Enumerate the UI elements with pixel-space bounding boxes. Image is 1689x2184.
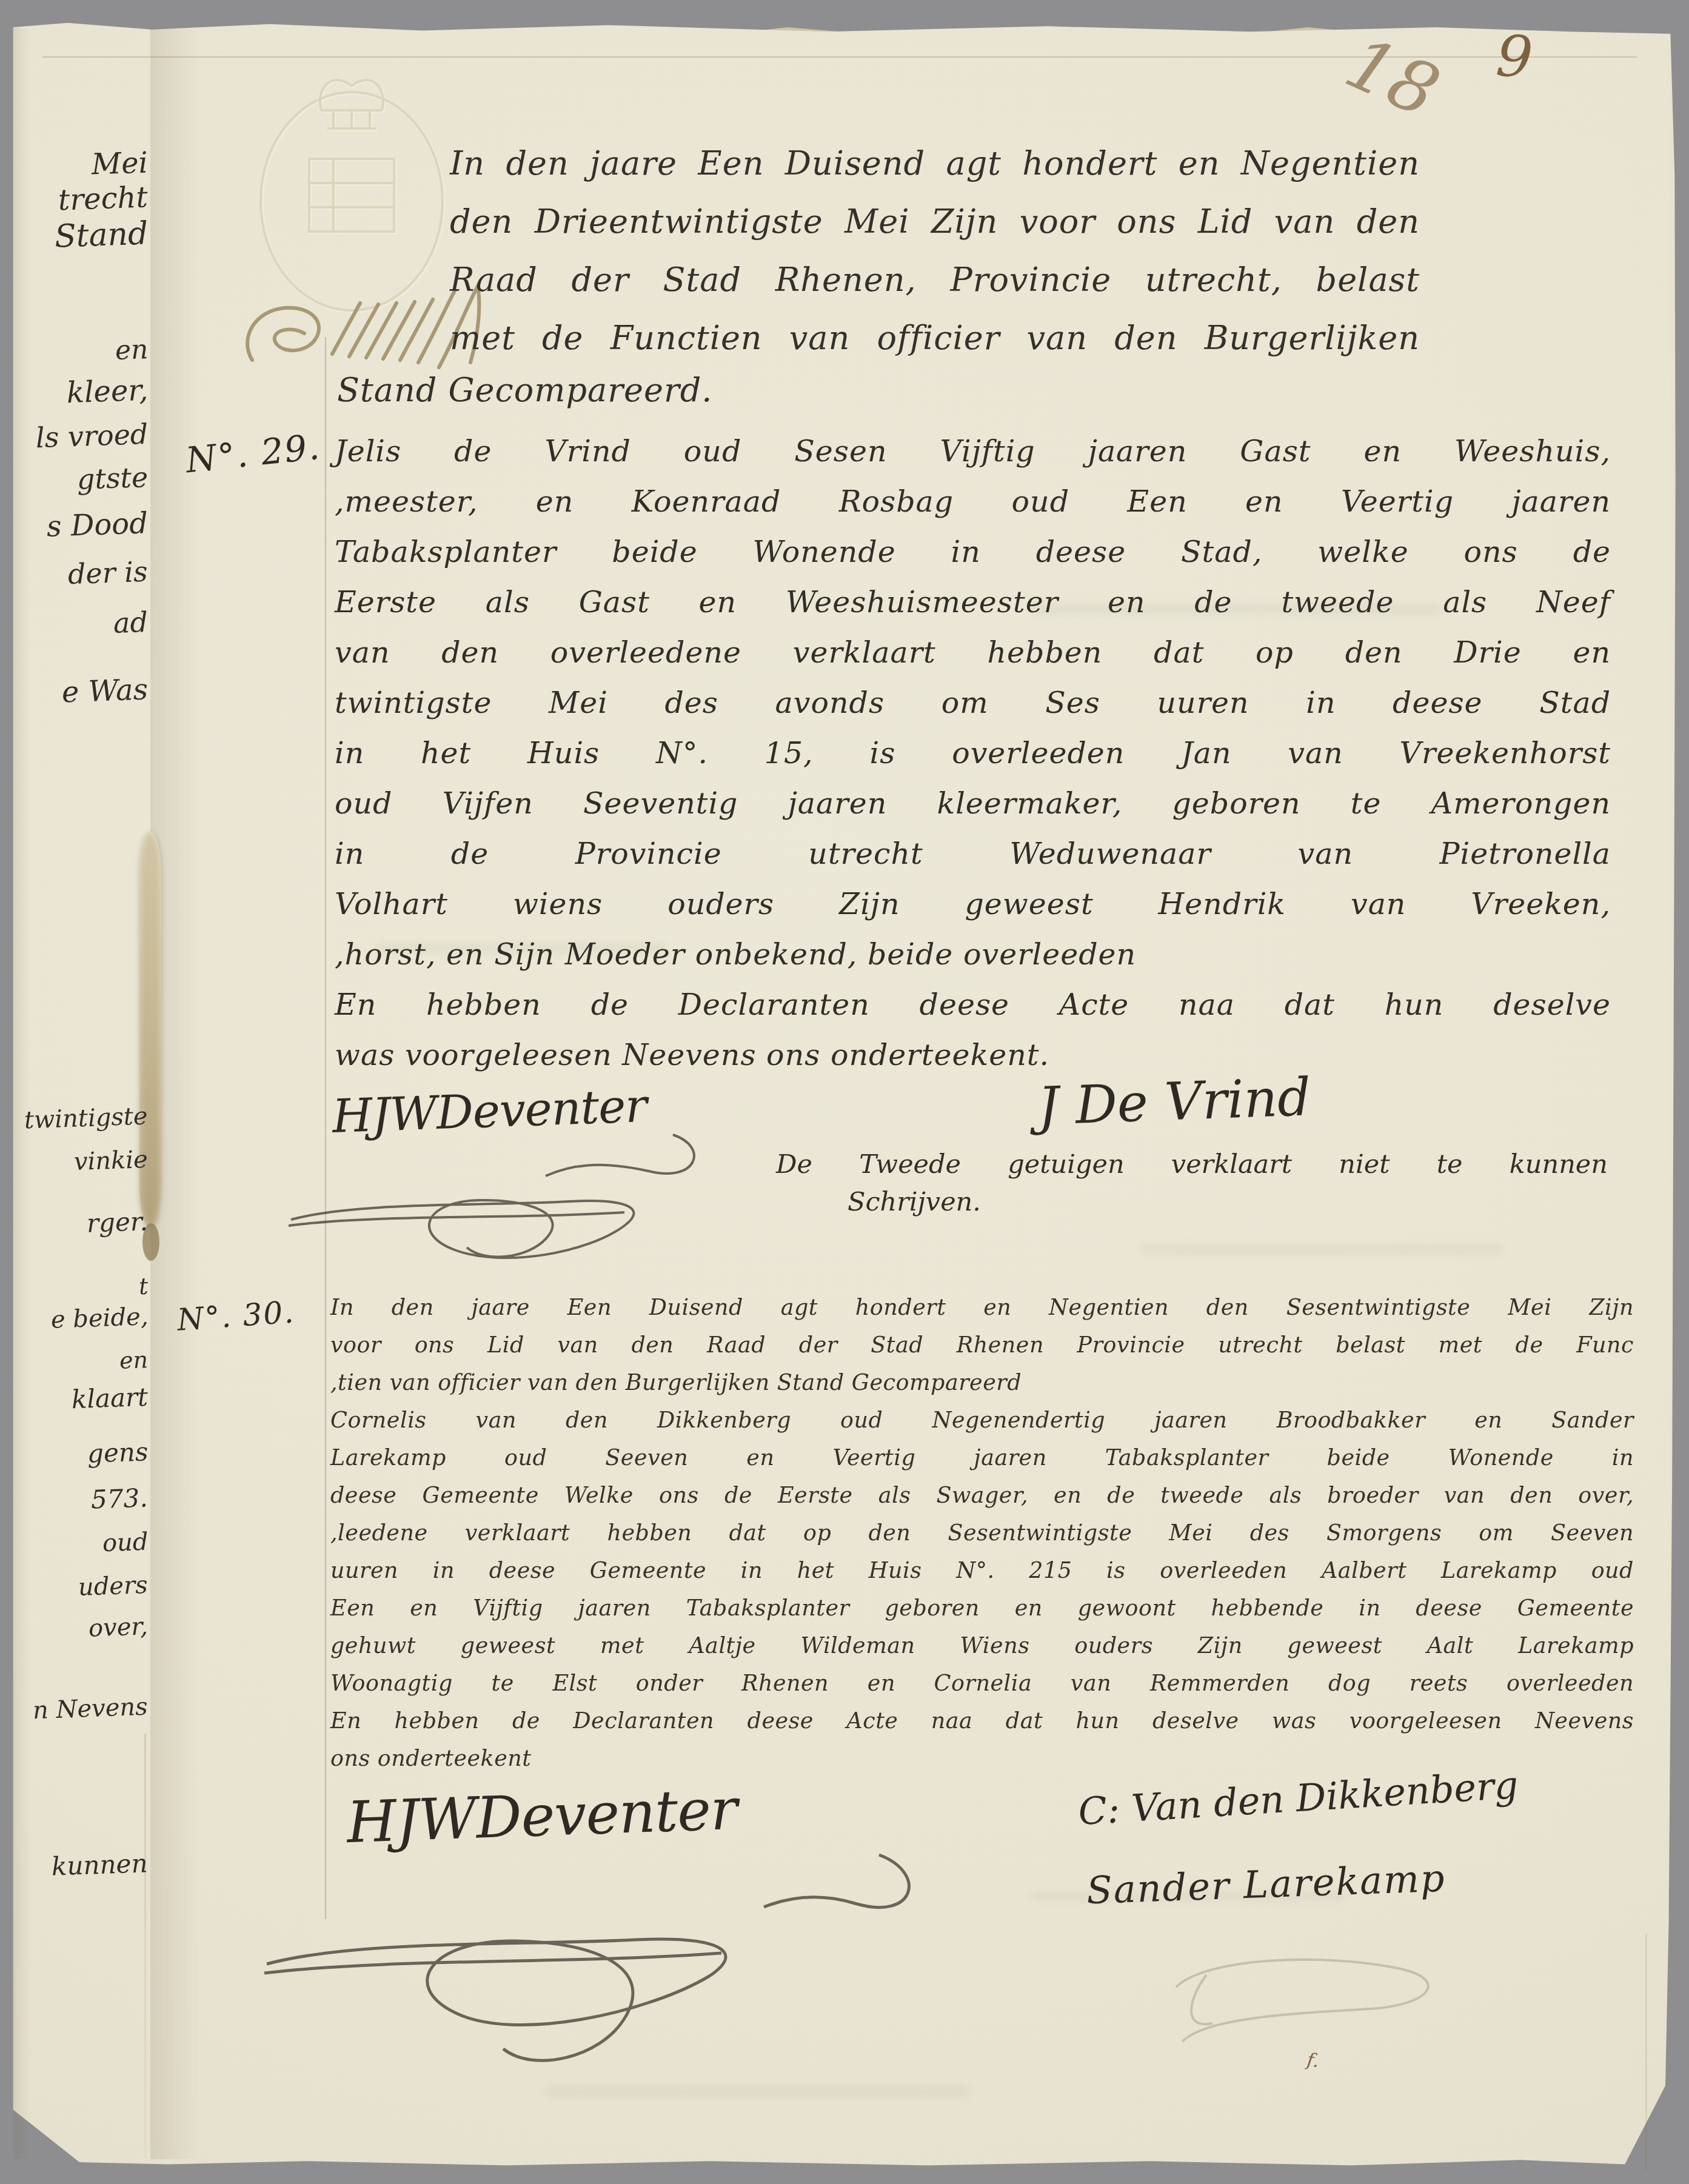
ghost-streak <box>1140 1244 1503 1255</box>
left-page-fragment: gens <box>87 1437 149 1468</box>
pencil-doodle <box>1170 1951 1455 2060</box>
act29-line: van den overleedene verklaart hebben dat… <box>335 627 1611 678</box>
left-page-fragment: kunnen <box>52 1848 149 1882</box>
preamble: In den jaare Een Duisend agt hondert en … <box>450 135 1420 367</box>
act30-line: deese Gemeente Welke ons de Eerste als S… <box>330 1477 1634 1514</box>
act30-line: uuren in deese Gemeente in het Huis N°. … <box>330 1552 1634 1589</box>
act29-line: Eerste als Gast en Weeshuismeester en de… <box>335 577 1611 627</box>
left-page-fragment: ls vroed <box>35 418 149 454</box>
crown-watermark-icon <box>242 38 461 292</box>
margin-rule <box>325 337 326 1919</box>
act29-line: in de Provincie utrecht Weduwenaar van P… <box>335 829 1611 879</box>
signature-flourish-act29 <box>285 1129 721 1274</box>
act29-line: oud Vijfen Seeventig jaaren kleermaker, … <box>335 778 1611 829</box>
left-page-fragment: trecht <box>58 180 149 217</box>
left-page-fragment: Mei <box>91 145 149 181</box>
left-page-fragment: en <box>119 1346 148 1374</box>
left-page-fragment: s Dood <box>46 506 149 544</box>
act30-line: Cornelis van den Dikkenberg oud Negenend… <box>330 1401 1634 1439</box>
left-page-fragment: ad <box>113 606 149 640</box>
left-page-fragment: n Nevens <box>33 1693 149 1725</box>
left-page-fragment: rger. <box>87 1206 149 1238</box>
left-page-fragment: e Was <box>61 673 149 710</box>
witness-note-line1: De Tweede getuigen verklaart niet te kun… <box>776 1149 1608 1180</box>
act29-line: En hebben de Declaranten deese Acte naa … <box>335 980 1611 1030</box>
act30-line: gehuwt geweest met Aaltje Wildeman Wiens… <box>330 1627 1634 1665</box>
act30-body: In den jaare Een Duisend agt hondert en … <box>330 1289 1634 1777</box>
signature-deventer-act30: HJWDeventer <box>346 1777 738 1856</box>
preamble-line: den Drieentwintigste Mei Zijn voor ons L… <box>450 193 1420 251</box>
preamble-line: In den jaare Een Duisend agt hondert en … <box>450 135 1420 193</box>
act29-line: Tabaksplanter beide Wonende in deese Sta… <box>335 527 1611 577</box>
left-page-fragment: Stand <box>54 215 149 255</box>
preamble-line: Raad der Stad Rhenen, Provincie utrecht,… <box>450 251 1420 309</box>
act30-line: ,leedene verklaart hebben dat op den Ses… <box>330 1514 1634 1552</box>
preamble-line: Stand Gecompareerd. <box>337 371 713 409</box>
fold-crease <box>1645 1934 1647 2170</box>
left-page-fragment: en <box>115 334 149 366</box>
left-page-fragment: over, <box>88 1612 148 1642</box>
left-page-fragment: twintigste <box>24 1102 149 1134</box>
act29-line: in het Huis N°. 15, is overleeden Jan va… <box>335 728 1611 778</box>
act29-line: twintigste Mei des avonds om Ses uuren i… <box>335 678 1611 728</box>
left-page-fragment: oud <box>102 1528 149 1558</box>
act29-line: Volhart wiens ouders Zijn geweest Hendri… <box>335 879 1611 929</box>
left-page-fragment: e beide, <box>50 1303 149 1334</box>
act30-line: ,tien van officier van den Burgerlijken … <box>330 1364 1634 1401</box>
left-page-fragment: kleer, <box>66 373 149 410</box>
left-page-fragments: Mei trecht Stand en kleer, ls vroed gtst… <box>13 0 150 2184</box>
left-page-fragment: der is <box>67 555 148 591</box>
witness-note-line2: Schrijven. <box>848 1187 981 1217</box>
left-page-fragment: 573. <box>91 1483 149 1514</box>
act30-line: Larekamp oud Seeven en Veertig jaaren Ta… <box>330 1439 1634 1477</box>
left-page-fragment: gtste <box>76 461 149 496</box>
signature-flourish-act30 <box>261 1849 964 2103</box>
act30-line: Een en Vijftig jaaren Tabaksplanter gebo… <box>330 1589 1634 1627</box>
left-page-fragment: uders <box>78 1571 149 1601</box>
left-page-fragment: klaart <box>71 1382 149 1414</box>
act29-line: was voorgeleesen Neevens ons onderteeken… <box>335 1030 1611 1080</box>
left-page-fragment: t <box>138 1273 149 1300</box>
act29-line: ,meester, en Koenraad Rosbag oud Een en … <box>335 476 1611 527</box>
signature-j-de-vrind: J De Vrind <box>1037 1067 1311 1137</box>
scanned-register-page: 18 9 In den jaare Een Duisend agt honder… <box>0 0 1689 2184</box>
act29-line: Jelis de Vrind oud Sesen Vijftig jaaren … <box>335 426 1611 476</box>
act29-body: Jelis de Vrind oud Sesen Vijftig jaaren … <box>335 426 1611 1080</box>
folio-number-ink: 9 <box>1494 23 1534 92</box>
left-page-fragment: vinkie <box>73 1146 148 1176</box>
act29-line: ,horst, en Sijn Moeder onbekend, beide o… <box>335 929 1611 980</box>
act30-line: In den jaare Een Duisend agt hondert en … <box>330 1289 1634 1326</box>
act30-line: En hebben de Declaranten deese Acte naa … <box>330 1702 1634 1740</box>
act30-line: Woonagtig te Elst onder Rhenen en Cornel… <box>330 1665 1634 1702</box>
preamble-line: met de Functien van officier van den Bur… <box>450 309 1420 367</box>
act30-line: voor ons Lid van den Raad der Stad Rhene… <box>330 1326 1634 1364</box>
